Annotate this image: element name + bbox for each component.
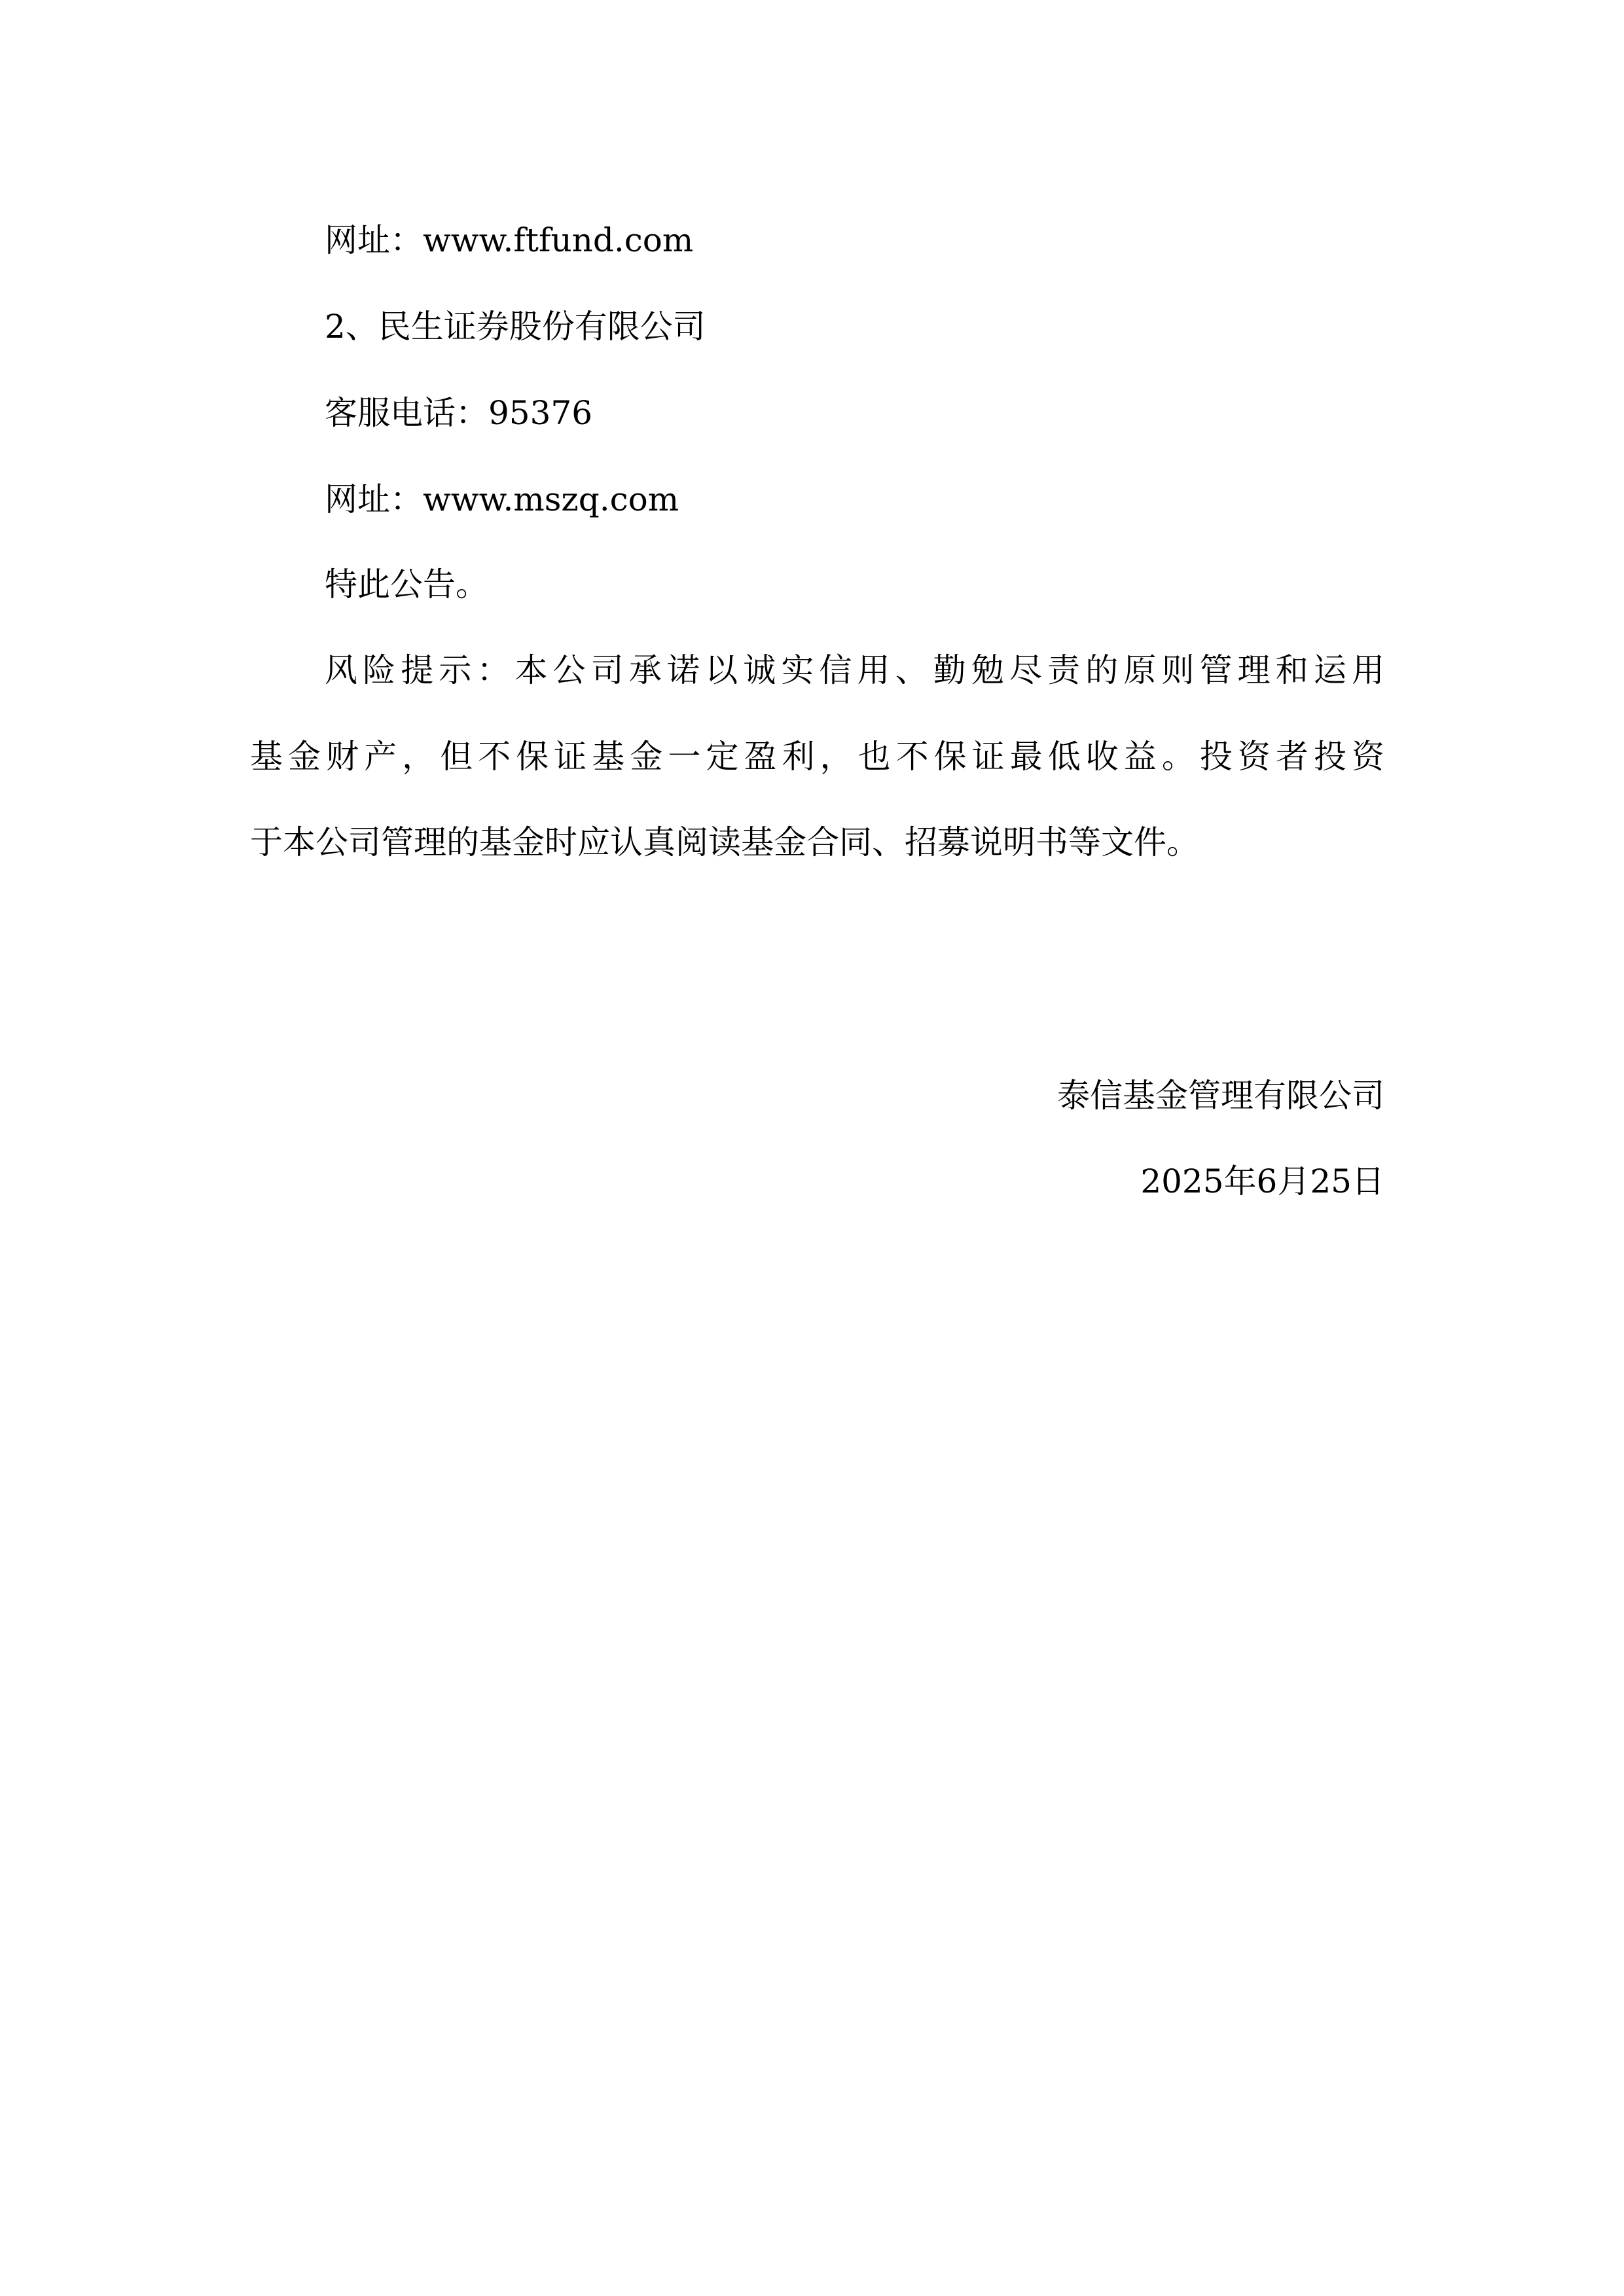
website-line-ftfund: 网址：www.ftfund.com xyxy=(325,221,693,260)
signature-date: 2025年6月25日 xyxy=(1140,1162,1384,1201)
signature-company: 泰信基金管理有限公司 xyxy=(1057,1076,1384,1115)
risk-notice-line-3: 于本公司管理的基金时应认真阅读基金合同、招募说明书等文件。 xyxy=(250,823,1199,862)
risk-notice-line-1: 风险提示：本公司承诺以诚实信用、勤勉尽责的原则管理和运用 xyxy=(325,651,1384,690)
document-page: 网址：www.ftfund.com 2、民生证券股份有限公司 客服电话：9537… xyxy=(0,0,1624,2296)
distributor-minsheng-heading: 2、民生证券股份有限公司 xyxy=(325,307,706,346)
announcement-closing: 特此公告。 xyxy=(325,565,488,604)
customer-service-phone: 客服电话：95376 xyxy=(325,393,592,433)
risk-notice-line-2: 基金财产，但不保证基金一定盈利，也不保证最低收益。投资者投资 xyxy=(250,737,1384,776)
website-line-mszq: 网址：www.mszq.com xyxy=(325,480,679,519)
